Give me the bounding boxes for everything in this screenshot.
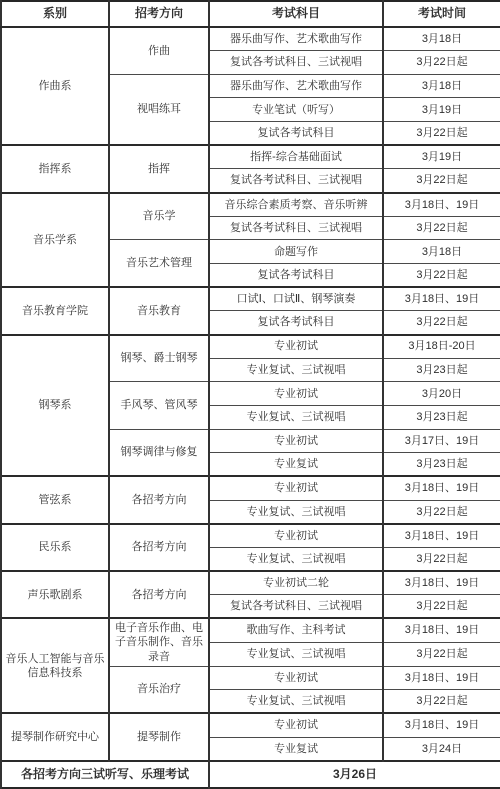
footer-row: 各招考方向三试听写、乐理考试 3月26日	[1, 761, 500, 788]
department-cell: 指挥系	[1, 145, 109, 192]
subject-cell: 音乐综合素质考察、音乐听辨	[209, 193, 383, 217]
direction-cell: 手风琴、管风琴	[109, 382, 209, 429]
subject-cell: 命题写作	[209, 240, 383, 264]
subject-cell: 复试各考试科目、三试视唱	[209, 595, 383, 619]
time-cell: 3月18日、19日	[383, 476, 500, 500]
time-cell: 3月19日	[383, 98, 500, 122]
department-cell: 作曲系	[1, 27, 109, 145]
table-row: 音乐教育学院 音乐教育 口试Ⅰ、口试Ⅱ、钢琴演奏 3月18日、19日	[1, 287, 500, 311]
column-header-subject: 考试科目	[209, 1, 383, 27]
direction-cell: 各招考方向	[109, 571, 209, 618]
time-cell: 3月23日起	[383, 406, 500, 430]
subject-cell: 专业复试、三试视唱	[209, 500, 383, 524]
subject-cell: 专业笔试（听写）	[209, 98, 383, 122]
direction-cell: 提琴制作	[109, 713, 209, 761]
subject-cell: 专业初试	[209, 335, 383, 359]
time-cell: 3月18日	[383, 240, 500, 264]
subject-cell: 专业复试、三试视唱	[209, 358, 383, 382]
table-body: 作曲系 作曲 器乐曲写作、艺术歌曲写作 3月18日 复试各考试科目、三试视唱 3…	[1, 27, 500, 761]
footer-label-cell: 各招考方向三试听写、乐理考试	[1, 761, 209, 788]
department-cell: 提琴制作研究中心	[1, 713, 109, 761]
subject-cell: 专业复试	[209, 453, 383, 477]
time-cell: 3月18日、19日	[383, 618, 500, 642]
direction-cell: 电子音乐作曲、电子音乐制作、音乐录音	[109, 618, 209, 666]
time-cell: 3月18日、19日	[383, 287, 500, 311]
column-header-time: 考试时间	[383, 1, 500, 27]
subject-cell: 专业初试	[209, 713, 383, 737]
subject-cell: 复试各考试科目	[209, 264, 383, 288]
time-cell: 3月23日起	[383, 358, 500, 382]
subject-cell: 专业初试	[209, 476, 383, 500]
column-header-direction: 招考方向	[109, 1, 209, 27]
subject-cell: 专业初试	[209, 666, 383, 690]
footer-time-cell: 3月26日	[209, 761, 500, 788]
subject-cell: 复试各考试科目	[209, 122, 383, 146]
time-cell: 3月22日起	[383, 169, 500, 193]
time-cell: 3月19日	[383, 145, 500, 169]
direction-cell: 音乐治疗	[109, 666, 209, 713]
time-cell: 3月22日起	[383, 264, 500, 288]
subject-cell: 指挥-综合基础面试	[209, 145, 383, 169]
time-cell: 3月18日-20日	[383, 335, 500, 359]
table-row: 音乐学系 音乐学 音乐综合素质考察、音乐听辨 3月18日、19日	[1, 193, 500, 217]
table-row: 音乐人工智能与音乐信息科技系 电子音乐作曲、电子音乐制作、音乐录音 歌曲写作、主…	[1, 618, 500, 642]
table-row: 提琴制作研究中心 提琴制作 专业初试 3月18日、19日	[1, 713, 500, 737]
department-cell: 民乐系	[1, 524, 109, 571]
header-row: 系别 招考方向 考试科目 考试时间	[1, 1, 500, 27]
subject-cell: 专业初试	[209, 382, 383, 406]
time-cell: 3月18日、19日	[383, 666, 500, 690]
direction-cell: 音乐学	[109, 193, 209, 240]
subject-cell: 歌曲写作、主科考试	[209, 618, 383, 642]
direction-cell: 音乐教育	[109, 287, 209, 334]
time-cell: 3月22日起	[383, 690, 500, 714]
time-cell: 3月24日	[383, 737, 500, 761]
subject-cell: 专业初试	[209, 524, 383, 548]
department-cell: 声乐歌剧系	[1, 571, 109, 618]
time-cell: 3月22日起	[383, 642, 500, 666]
time-cell: 3月18日	[383, 27, 500, 51]
subject-cell: 专业复试	[209, 737, 383, 761]
department-cell: 音乐人工智能与音乐信息科技系	[1, 618, 109, 713]
column-header-department: 系别	[1, 1, 109, 27]
table-row: 钢琴系 钢琴、爵士钢琴 专业初试 3月18日-20日	[1, 335, 500, 359]
table-row: 声乐歌剧系 各招考方向 专业初试二轮 3月18日、19日	[1, 571, 500, 595]
time-cell: 3月18日、19日	[383, 713, 500, 737]
time-cell: 3月18日、19日	[383, 193, 500, 217]
direction-cell: 各招考方向	[109, 524, 209, 571]
time-cell: 3月22日起	[383, 500, 500, 524]
subject-cell: 专业初试	[209, 429, 383, 453]
table-row: 民乐系 各招考方向 专业初试 3月18日、19日	[1, 524, 500, 548]
time-cell: 3月22日起	[383, 547, 500, 571]
subject-cell: 器乐曲写作、艺术歌曲写作	[209, 27, 383, 51]
subject-cell: 器乐曲写作、艺术歌曲写作	[209, 74, 383, 98]
time-cell: 3月18日	[383, 74, 500, 98]
department-cell: 钢琴系	[1, 335, 109, 477]
direction-cell: 各招考方向	[109, 476, 209, 523]
table-row: 指挥系 指挥 指挥-综合基础面试 3月19日	[1, 145, 500, 169]
time-cell: 3月18日、19日	[383, 524, 500, 548]
subject-cell: 专业初试二轮	[209, 571, 383, 595]
subject-cell: 复试各考试科目、三试视唱	[209, 51, 383, 75]
time-cell: 3月22日起	[383, 122, 500, 146]
subject-cell: 复试各考试科目、三试视唱	[209, 216, 383, 240]
subject-cell: 专业复试、三试视唱	[209, 690, 383, 714]
direction-cell: 钢琴调律与修复	[109, 429, 209, 476]
time-cell: 3月22日起	[383, 51, 500, 75]
time-cell: 3月17日、19日	[383, 429, 500, 453]
subject-cell: 复试各考试科目	[209, 311, 383, 335]
subject-cell: 专业复试、三试视唱	[209, 642, 383, 666]
exam-schedule-table: 系别 招考方向 考试科目 考试时间 作曲系 作曲 器乐曲写作、艺术歌曲写作 3月…	[0, 0, 500, 789]
direction-cell: 作曲	[109, 27, 209, 74]
subject-cell: 口试Ⅰ、口试Ⅱ、钢琴演奏	[209, 287, 383, 311]
table-footer: 各招考方向三试听写、乐理考试 3月26日	[1, 761, 500, 788]
time-cell: 3月23日起	[383, 453, 500, 477]
time-cell: 3月18日、19日	[383, 571, 500, 595]
subject-cell: 专业复试、三试视唱	[209, 406, 383, 430]
time-cell: 3月22日起	[383, 595, 500, 619]
table-header: 系别 招考方向 考试科目 考试时间	[1, 1, 500, 27]
subject-cell: 专业复试、三试视唱	[209, 547, 383, 571]
table-row: 管弦系 各招考方向 专业初试 3月18日、19日	[1, 476, 500, 500]
direction-cell: 钢琴、爵士钢琴	[109, 335, 209, 382]
direction-cell: 指挥	[109, 145, 209, 192]
time-cell: 3月22日起	[383, 311, 500, 335]
direction-cell: 音乐艺术管理	[109, 240, 209, 287]
subject-cell: 复试各考试科目、三试视唱	[209, 169, 383, 193]
table-row: 作曲系 作曲 器乐曲写作、艺术歌曲写作 3月18日	[1, 27, 500, 51]
time-cell: 3月22日起	[383, 216, 500, 240]
department-cell: 音乐学系	[1, 193, 109, 288]
department-cell: 管弦系	[1, 476, 109, 523]
direction-cell: 视唱练耳	[109, 74, 209, 145]
time-cell: 3月20日	[383, 382, 500, 406]
department-cell: 音乐教育学院	[1, 287, 109, 334]
